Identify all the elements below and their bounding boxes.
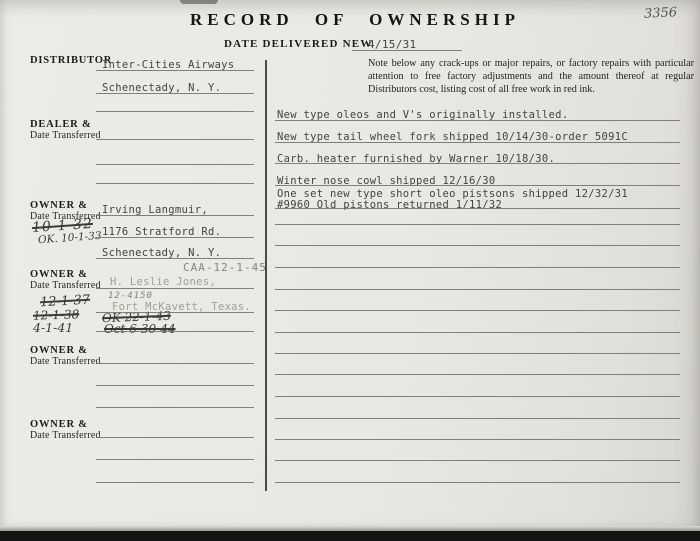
scan-bottom-edge [0,531,700,541]
ruled-line [275,208,680,209]
ruled-line [275,245,680,246]
ruled-line [96,183,254,184]
distributor-label: DISTRIBUTOR [30,55,112,66]
ruled-line [96,111,254,112]
note-paragraph: Note below any crack-ups or major repair… [368,57,694,96]
owner4-date-transferred-label: Date Transferred [30,430,101,441]
owner2-date-struck4: Oct 6-30-44 [104,322,175,336]
ruled-line [275,482,680,483]
page-title: RECORD OF OWNERSHIP [190,10,520,30]
ruled-line [275,289,680,290]
owner2-label: OWNER & [30,269,88,280]
repair-entry: #9960 Old pistons returned 1/11/32 [277,199,502,211]
scanned-record-of-ownership-card: RECORD OF OWNERSHIP 3356 DATE DELIVERED … [0,0,700,541]
ruled-line [275,332,680,333]
ruled-line [96,237,254,238]
ruled-line [96,363,254,364]
ruled-line [275,163,680,164]
ruled-line [96,258,254,259]
owner2-date3: 4-1-41 [33,320,73,335]
ruled-line [96,407,254,408]
record-card-paper: RECORD OF OWNERSHIP 3356 DATE DELIVERED … [0,0,700,532]
ruled-line [275,120,680,121]
owner2-name: H. Leslie Jones, [110,276,216,288]
ruled-line [96,70,254,71]
ruled-line [96,312,254,313]
scan-smudge [180,0,218,4]
dealer-date-transferred-label: Date Transferred [30,130,101,141]
ruled-line [96,482,254,483]
ruled-line [96,459,254,460]
owner1-label: OWNER & [30,200,88,211]
ruled-line [275,439,680,440]
ruled-line [96,93,254,94]
ruled-line [275,310,680,311]
date-delivered-label: DATE DELIVERED NEW [224,38,373,50]
dealer-label: DEALER & [30,119,92,130]
ruled-line [275,267,680,268]
ruled-line [96,139,254,140]
ruled-line [96,215,254,216]
owner2-pencil-note: CAA-12-1-45 [183,261,267,274]
owner2-date-transferred-label: Date Transferred [30,280,101,291]
ruled-line [275,396,680,397]
owner3-label: OWNER & [30,345,88,356]
ruled-line [96,331,254,332]
ruled-line [275,374,680,375]
ruled-line [275,185,680,186]
column-divider [265,60,267,491]
serial-number-handwritten: 3356 [644,5,678,22]
owner2-handwritten-number: 12-4150 [108,291,153,301]
ruled-line [275,418,680,419]
ruled-line [96,288,254,289]
ruled-line [275,460,680,461]
owner4-label: OWNER & [30,419,88,430]
ruled-line [275,353,680,354]
ruled-line [96,437,254,438]
ruled-line [275,142,680,143]
ruled-line [352,50,462,51]
owner3-date-transferred-label: Date Transferred [30,356,101,367]
ruled-line [275,224,680,225]
ruled-line [96,164,254,165]
ruled-line [96,385,254,386]
